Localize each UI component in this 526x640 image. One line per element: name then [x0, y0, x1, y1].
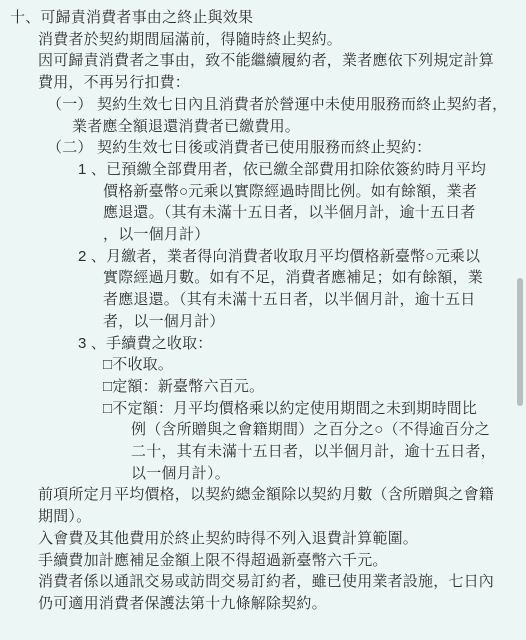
- text-line: 3 、手續費之收取：: [78, 333, 512, 355]
- text-line: 因可歸責消費者之事由，致不能繼續履約者，業者應依下列規定計算: [38, 50, 512, 72]
- checkbox-option-line: □不定額：月平均價格乘以約定使用期間之未到期時間比: [103, 398, 512, 420]
- text-line: 價格新臺幣○元乘以實際經過時間比例。如有餘額，業者: [103, 181, 512, 203]
- text-line: 二十，其有未滿十五日者，以半個月計，逾十五日者，: [131, 441, 512, 463]
- text-line: 業者應全額退還消費者已繳費用。: [72, 116, 512, 138]
- checkbox-option-line: □定額：新臺幣六百元。: [103, 376, 512, 398]
- text-line: （一） 契約生效七日內且消費者於營運中未使用服務而終止契約者，: [47, 94, 512, 116]
- text-line: ，以一個月計）: [103, 224, 512, 246]
- text-line: 仍可適用消費者保護法第十九條解除契約。: [38, 593, 512, 615]
- text-line: 期間）。: [38, 506, 512, 528]
- vertical-scrollbar-thumb[interactable]: [517, 278, 523, 406]
- text-line: 消費者係以通訊交易或訪問交易訂約者，雖已使用業者設施，七日內: [38, 571, 512, 593]
- text-line: 以一個月計）。: [131, 463, 512, 485]
- document-body: 十、可歸責消費者事由之終止與效果消費者於契約期間屆滿前，得隨時終止契約。因可歸責…: [0, 7, 512, 615]
- text-line: 1 、已預繳全部費用者，依已繳全部費用扣除依簽約時月平均: [78, 159, 512, 181]
- text-line: （二） 契約生效七日後或消費者已使用服務而終止契約：: [47, 137, 512, 159]
- text-line: 實際經過月數。如有不足，消費者應補足；如有餘額，業: [103, 267, 512, 289]
- text-line: 前項所定月平均價格，以契約總金額除以契約月數（含所贈與之會籍: [38, 484, 512, 506]
- text-line: 2 、月繳者，業者得向消費者收取月平均價格新臺幣○元乘以: [78, 246, 512, 268]
- text-line: 費用，不再另行扣費：: [38, 72, 512, 94]
- text-line: 例（含所贈與之會籍期間）之百分之○（不得逾百分之: [131, 419, 512, 441]
- text-line: 消費者於契約期間屆滿前，得隨時終止契約。: [38, 29, 512, 51]
- checkbox-option-line: □不收取。: [103, 354, 512, 376]
- text-line: 入會費及其他費用於終止契約時得不列入退費計算範圍。: [38, 528, 512, 550]
- section-title: 十、可歸責消費者事由之終止與效果: [10, 7, 512, 29]
- text-line: 手續費加計應補足金額上限不得超過新臺幣六千元。: [38, 550, 512, 572]
- text-line: 應退還。（其有未滿十五日者，以半個月計，逾十五日者: [103, 202, 512, 224]
- text-line: 者應退還。（其有未滿十五日者，以半個月計，逾十五日: [103, 289, 512, 311]
- text-line: 者，以一個月計）: [103, 311, 512, 333]
